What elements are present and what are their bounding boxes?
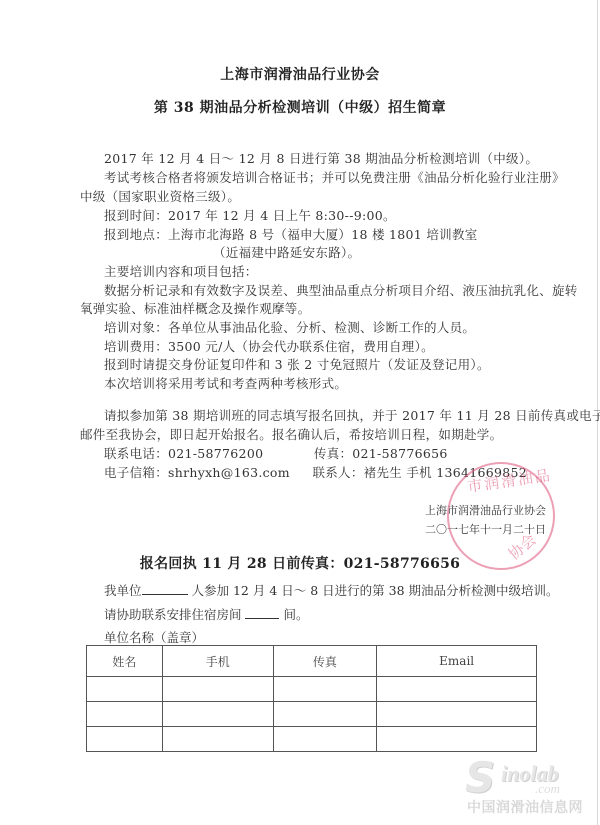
cell-fax[interactable] xyxy=(273,727,377,752)
cell-name[interactable] xyxy=(87,727,163,752)
watermark-logo-s: S xyxy=(465,753,495,802)
paragraph-content-heading: 主要培训内容和项目包括： xyxy=(104,264,258,280)
cell-name[interactable] xyxy=(87,702,163,727)
paragraph-certificate: 考试考核合格者将颁发培训合格证书；并可以免费注册《油品分析化验行业注册》 xyxy=(104,170,565,186)
cell-email[interactable] xyxy=(377,727,537,752)
watermark-cn-name: 中国润滑油信息网 xyxy=(467,797,583,817)
mobile-label: 手机 xyxy=(406,465,432,480)
paragraph-certificate-cont: 中级（国家职业资格三级）。 xyxy=(80,189,240,205)
table-row xyxy=(87,727,537,752)
paragraph-documents: 报到时请提交身份证复印件和 3 张 2 寸免冠照片（发证及登记用）。 xyxy=(104,357,490,373)
paragraph-content-cont: 氧弹实验、标准油样概念及操作观摩等。 xyxy=(80,301,310,317)
paragraph-report-time: 报到时间：2017 年 12 月 4 日上午 8:30--9:00。 xyxy=(104,208,396,224)
seal-text-top: 市润滑油品 xyxy=(466,464,553,497)
rooms-suffix: 间。 xyxy=(279,607,308,622)
header-fax: 传真 xyxy=(273,646,377,677)
cell-email[interactable] xyxy=(377,702,537,727)
fax-label: 传真： xyxy=(314,446,352,461)
paragraph-registration: 请拟参加第 38 期培训班的同志填写报名回执，并于 2017 年 11 月 28… xyxy=(104,408,600,424)
cell-fax[interactable] xyxy=(273,702,377,727)
attendees-count-field[interactable] xyxy=(142,582,188,595)
cell-fax[interactable] xyxy=(273,677,377,702)
signature-org: 上海市润滑油品行业协会 xyxy=(425,502,546,518)
paragraph-registration-cont: 邮件至我协会，即日起开始报名。报名确认后，希按培训日程，如期赴学。 xyxy=(80,427,502,443)
notice-title: 第 38 期油品分析检测培训（中级）招生简章 xyxy=(0,97,600,117)
org-title: 上海市润滑油品行业协会 xyxy=(0,64,600,84)
watermark-domain: .com xyxy=(535,781,560,797)
cell-mobile[interactable] xyxy=(162,727,273,752)
cell-mobile[interactable] xyxy=(162,677,273,702)
attendees-prefix: 我单位 xyxy=(104,583,142,598)
rooms-prefix: 请协助联系安排住宿房间 xyxy=(104,607,245,622)
header-mobile: 手机 xyxy=(162,646,273,677)
unit-name-label: 单位名称（盖章） xyxy=(104,628,204,646)
registration-table: 姓名 手机 传真 Email xyxy=(86,645,537,752)
paragraph-dates: 2017 年 12 月 4 日～ 12 月 8 日进行第 38 期油品分析检测培… xyxy=(104,151,538,167)
paragraph-assessment: 本次培训将采用考试和考查两种考核形式。 xyxy=(104,376,347,392)
header-email: Email xyxy=(377,646,537,677)
table-row xyxy=(87,702,537,727)
email-value[interactable]: shrhyxh@163.com xyxy=(168,465,290,480)
rooms-count-field[interactable] xyxy=(245,606,279,619)
cell-email[interactable] xyxy=(377,677,537,702)
paragraph-report-location: 报到地点：上海市北海路 8 号（福申大厦）18 楼 1801 培训教室 xyxy=(104,227,478,243)
paragraph-audience: 培训对象：各单位从事油品化验、分析、检测、诊断工作的人员。 xyxy=(104,320,475,336)
reply-form-title: 报名回执 11 月 28 日前传真：021-58776656 xyxy=(0,553,600,573)
phone-value: 021-58776200 xyxy=(168,446,263,461)
reply-line-attendees: 我单位 人参加 12 月 4 日～ 8 日进行的第 38 期油品分析检测中级培训… xyxy=(104,581,559,599)
paragraph-fee: 培训费用：3500 元/人（协会代办联系住宿，费用自理）。 xyxy=(104,339,434,355)
phone-label: 联系电话： xyxy=(104,446,168,461)
contact-person-label: 联系人： xyxy=(312,465,363,480)
cell-mobile[interactable] xyxy=(162,702,273,727)
header-name: 姓名 xyxy=(87,646,163,677)
contact-person: 褚先生 xyxy=(364,465,402,480)
paragraph-content: 数据分析记录和有效数字及误差、典型油品重点分析项目介绍、液压油抗乳化、旋转 xyxy=(104,283,578,299)
paragraph-report-location-cont: （近福建中路延安东路）。 xyxy=(213,245,360,261)
attendees-suffix: 人参加 12 月 4 日～ 8 日进行的第 38 期油品分析检测中级培训。 xyxy=(188,583,559,598)
reply-line-rooms: 请协助联系安排住宿房间 间。 xyxy=(104,605,308,623)
table-header-row: 姓名 手机 传真 Email xyxy=(87,646,537,677)
sinolab-watermark: S inolab .com 中国润滑油信息网 xyxy=(455,755,595,815)
email-label: 电子信箱： xyxy=(104,465,168,480)
table-row xyxy=(87,677,537,702)
fax-value: 021-58776656 xyxy=(352,446,447,461)
signature-date: 二〇一七年十一月二十日 xyxy=(425,521,546,537)
cell-name[interactable] xyxy=(87,677,163,702)
contact-phone-line: 联系电话：021-58776200 传真：021-58776656 xyxy=(104,446,448,462)
